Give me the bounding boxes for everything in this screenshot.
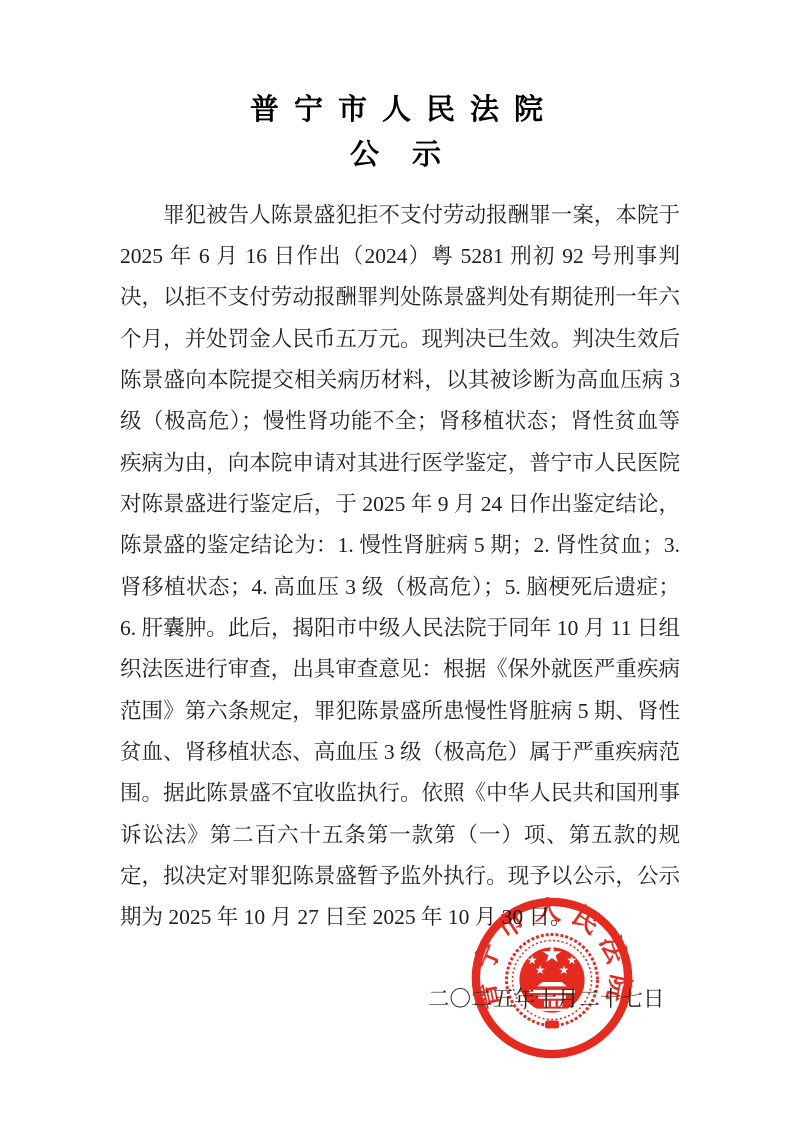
issue-date: 二〇二五年十月二十七日 xyxy=(428,984,665,1014)
official-seal-graphic: 普宁市人民法院 xyxy=(468,894,636,1062)
court-name-title: 普宁市人民法院 xyxy=(0,0,793,128)
court-notice-page: 普宁市人民法院 公 示 罪犯被告人陈景盛犯拒不支付劳动报酬罪一案，本院于 202… xyxy=(0,0,793,1122)
national-emblem-icon xyxy=(507,935,598,1029)
official-seal: 普宁市人民法院 xyxy=(468,894,636,1062)
notice-title: 公 示 xyxy=(0,138,793,173)
notice-body-paragraph: 罪犯被告人陈景盛犯拒不支付劳动报酬罪一案，本院于 2025 年 6 月 16 日… xyxy=(120,195,680,939)
emblem-wreath-tie xyxy=(545,1020,559,1028)
